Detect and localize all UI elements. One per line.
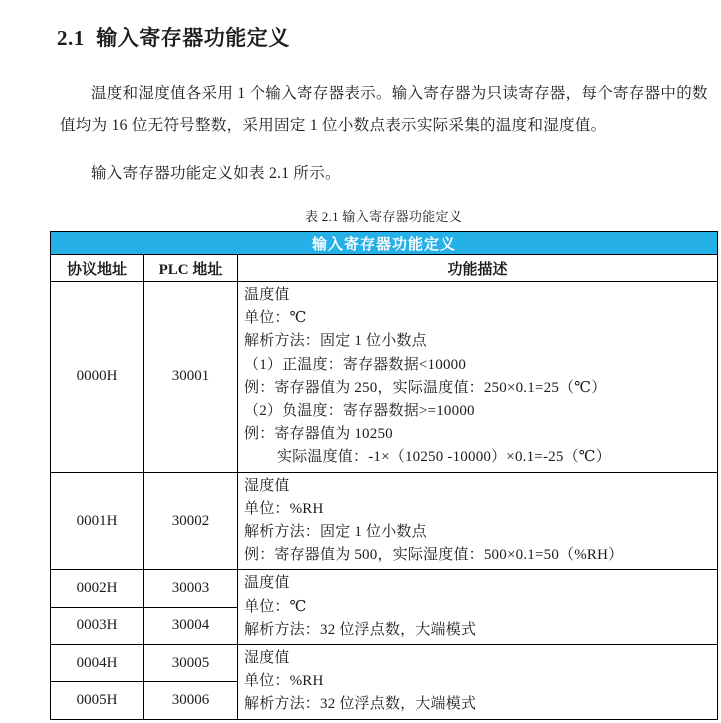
protocol-address-cell: 0004H bbox=[51, 645, 144, 682]
description-line: 单位：%RH bbox=[244, 670, 711, 693]
column-header-protocol-address: 协议地址 bbox=[51, 255, 144, 282]
description-line: 例：寄存器值为 10250 bbox=[244, 423, 711, 446]
column-header-plc-address: PLC 地址 bbox=[144, 255, 238, 282]
description-line: 例：寄存器值为 250，实际温度值：250×0.1=25（℃） bbox=[244, 377, 711, 400]
function-description-cell: 温度值单位：℃解析方法：固定 1 位小数点（1）正温度：寄存器数据<10000例… bbox=[238, 282, 718, 473]
function-description-cell: 湿度值单位：%RH解析方法：固定 1 位小数点例：寄存器值为 500，实际湿度值… bbox=[238, 472, 718, 570]
table-row: 0000H30001温度值单位：℃解析方法：固定 1 位小数点（1）正温度：寄存… bbox=[51, 282, 718, 473]
description-line: 单位：℃ bbox=[244, 307, 711, 330]
document-page: 2.1 输入寄存器功能定义 温度和湿度值各采用 1 个输入寄存器表示。输入寄存器… bbox=[0, 0, 721, 723]
plc-address-cell: 30002 bbox=[144, 472, 238, 570]
description-line: 单位：℃ bbox=[244, 596, 711, 619]
plc-address-cell: 30003 bbox=[144, 570, 238, 607]
table-caption: 表 2.1 输入寄存器功能定义 bbox=[50, 206, 717, 225]
description-line: 温度值 bbox=[244, 284, 711, 307]
body-paragraph-table-ref: 输入寄存器功能定义如表 2.1 所示。 bbox=[60, 158, 710, 190]
protocol-address-cell: 0002H bbox=[51, 570, 144, 607]
description-line: 单位：%RH bbox=[244, 498, 711, 521]
plc-address-cell: 30005 bbox=[144, 645, 238, 682]
description-line: 温度值 bbox=[244, 572, 711, 595]
plc-address-cell: 30006 bbox=[144, 682, 238, 719]
column-header-function-description: 功能描述 bbox=[238, 255, 718, 282]
protocol-address-cell: 0005H bbox=[51, 682, 144, 719]
description-line: （1）正温度：寄存器数据<10000 bbox=[244, 354, 711, 377]
protocol-address-cell: 0001H bbox=[51, 472, 144, 570]
input-register-table: 输入寄存器功能定义 协议地址 PLC 地址 功能描述 0000H30001温度值… bbox=[50, 231, 718, 720]
description-line: 解析方法：32 位浮点数，大端模式 bbox=[244, 619, 711, 642]
description-line: 例：寄存器值为 500，实际湿度值：500×0.1=50（%RH） bbox=[244, 544, 711, 567]
plc-address-cell: 30004 bbox=[144, 607, 238, 644]
body-paragraph-intro: 温度和湿度值各采用 1 个输入寄存器表示。输入寄存器为只读寄存器，每个寄存器中的… bbox=[60, 78, 710, 142]
table-title-row: 输入寄存器功能定义 bbox=[51, 232, 718, 255]
function-description-cell: 湿度值单位：%RH解析方法：32 位浮点数，大端模式 bbox=[238, 645, 718, 720]
description-line: （2）负温度：寄存器数据>=10000 bbox=[244, 400, 711, 423]
table-row: 0001H30002湿度值单位：%RH解析方法：固定 1 位小数点例：寄存器值为… bbox=[51, 472, 718, 570]
table-row: 0004H30005湿度值单位：%RH解析方法：32 位浮点数，大端模式 bbox=[51, 645, 718, 682]
description-line: 湿度值 bbox=[244, 475, 711, 498]
table-row: 0002H30003温度值单位：℃解析方法：32 位浮点数，大端模式 bbox=[51, 570, 718, 607]
description-line: 解析方法：固定 1 位小数点 bbox=[244, 330, 711, 353]
description-line: 解析方法：固定 1 位小数点 bbox=[244, 521, 711, 544]
protocol-address-cell: 0000H bbox=[51, 282, 144, 473]
plc-address-cell: 30001 bbox=[144, 282, 238, 473]
section-heading: 2.1 输入寄存器功能定义 bbox=[57, 22, 721, 52]
table-title: 输入寄存器功能定义 bbox=[51, 232, 718, 255]
table-column-header-row: 协议地址 PLC 地址 功能描述 bbox=[51, 255, 718, 282]
description-line: 解析方法：32 位浮点数，大端模式 bbox=[244, 693, 711, 716]
protocol-address-cell: 0003H bbox=[51, 607, 144, 644]
description-line: 实际温度值：-1×（10250 -10000）×0.1=-25（℃） bbox=[244, 446, 711, 469]
description-line: 湿度值 bbox=[244, 647, 711, 670]
function-description-cell: 温度值单位：℃解析方法：32 位浮点数，大端模式 bbox=[238, 570, 718, 645]
